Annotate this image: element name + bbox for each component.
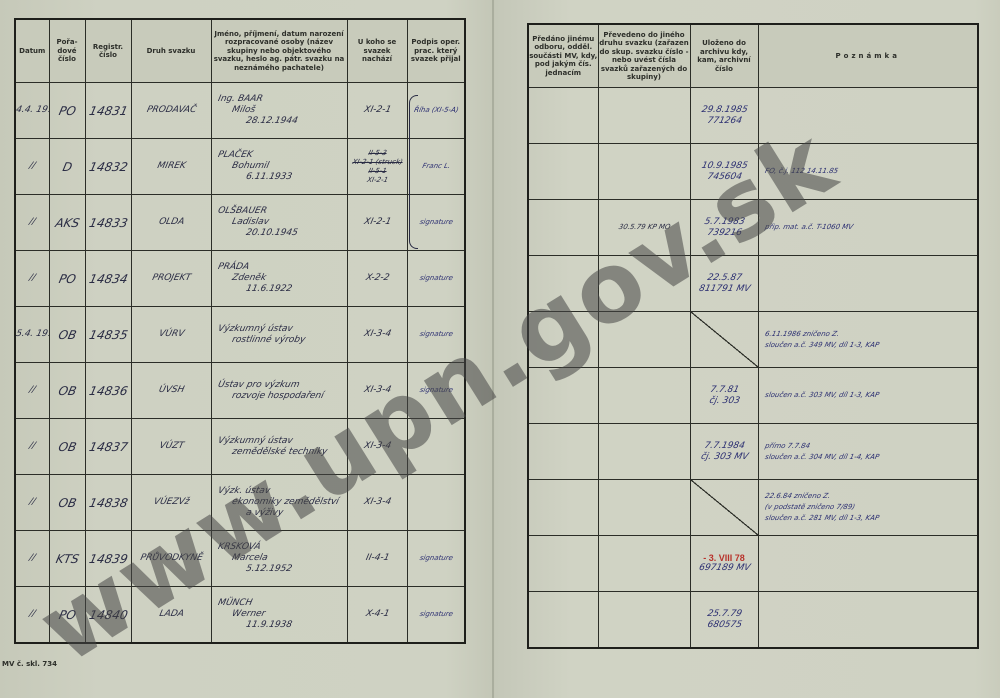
cell-datum-text: //: [15, 609, 49, 620]
cell-u-koho: XI-2-1: [347, 195, 407, 251]
cell-podpis-text: signature: [407, 554, 465, 563]
cell-druh-text: LADA: [131, 609, 211, 620]
cell-registr: 14834: [85, 251, 131, 307]
ulozeno-line: 5.7.1983: [690, 217, 758, 228]
cell-prevedeno: [598, 144, 690, 200]
jmeno-line: Ladislav: [216, 217, 347, 228]
register-row: 5.4. 1978OB14835VÚRVVýzkumný ústavrostli…: [15, 307, 465, 363]
jmeno-line: Bohumil: [216, 161, 347, 172]
cell-prevedeno: 30.5.79 KP MO: [598, 200, 690, 256]
cell-poradove-text: AKS: [49, 216, 85, 230]
jmeno-line: Výzkumný ústav: [216, 436, 347, 447]
cell-podpis-text: signature: [407, 274, 465, 283]
cell-druh: PROJEKT: [131, 251, 211, 307]
cell-predano: [528, 88, 598, 144]
cell-jmeno: Výzkumný ústavzemědělské techniky: [211, 419, 347, 475]
cell-poznamka: [758, 536, 978, 592]
register-row: //OB14838VÚEZVžVýzk. ústavekonomiky země…: [15, 475, 465, 531]
jmeno-line: Ústav pro výzkum: [216, 380, 347, 391]
u-koho-line: II-4-1: [347, 553, 407, 564]
jmeno-line: Výzkumný ústav: [216, 324, 347, 335]
cell-poradove: AKS: [49, 195, 85, 251]
header-u-koho: U koho se svazek nachází: [347, 19, 407, 83]
ulozeno-line: 7.7.1984: [690, 441, 758, 452]
ulozeno-line: 745604: [690, 172, 758, 183]
ulozeno-line: 10.9.1985: [690, 161, 758, 172]
cell-podpis: signature: [407, 531, 465, 587]
archive-date-stamp: - 3. VIII 78: [691, 553, 758, 563]
cell-datum: //: [15, 195, 49, 251]
jmeno-line: 6.11.1933: [216, 172, 347, 183]
cell-registr-text: 14832: [85, 160, 131, 174]
cell-registr: 14831: [85, 83, 131, 139]
cell-datum-text: //: [15, 273, 49, 284]
register-row: //PO14840LADAMÜNCHWerner11.9.1938X-4-1si…: [15, 587, 465, 644]
cell-datum: //: [15, 419, 49, 475]
cell-registr-text: 14831: [85, 104, 131, 118]
cell-poznamka: 22.6.84 zničeno Z.(v podstatě zničeno 7/…: [758, 480, 978, 536]
u-koho-line: II-5-3: [347, 149, 407, 158]
cell-predano: [528, 256, 598, 312]
ulozeno-line: 25.7.79: [690, 609, 758, 620]
cell-druh-text: MIREK: [131, 161, 211, 172]
u-koho-line: XI-2-1: [347, 176, 407, 185]
cell-ulozeno: - 3. VIII 78697189 MV: [690, 536, 758, 592]
register-row: 7.7.1984čj. 303 MVpřímo 7.7.84sloučen a.…: [528, 424, 978, 480]
cell-poradove: OB: [49, 363, 85, 419]
ulozeno-line: čj. 303 MV: [690, 452, 758, 463]
u-koho-line: XI-2-1: [347, 217, 407, 228]
cell-datum: 4.4. 1978: [15, 83, 49, 139]
cell-registr: 14838: [85, 475, 131, 531]
poznamka-line: sloučen a.č. 304 MV, díl 1-4, KAP: [764, 453, 978, 462]
cell-jmeno: Výzkumný ústavrostlinné výroby: [211, 307, 347, 363]
cell-poradove-text: OB: [49, 496, 85, 510]
header-druh-svazku: Druh svazku: [131, 19, 211, 83]
poznamka-line: (v podstatě zničeno 7/89): [764, 503, 978, 512]
cell-druh: PRŮVODKYNĚ: [131, 531, 211, 587]
cell-poradove-text: D: [49, 160, 85, 174]
cell-druh-text: PROJEKT: [131, 273, 211, 284]
cell-u-koho: XI-2-1: [347, 83, 407, 139]
jmeno-line: 11.6.1922: [216, 284, 347, 295]
cell-podpis-text: signature: [407, 610, 465, 619]
form-number: MV č. skl. 734: [2, 660, 57, 668]
jmeno-line: OLŠBAUER: [216, 206, 347, 217]
cell-registr-text: 14833: [85, 216, 131, 230]
register-row: 30.5.79 KP MO5.7.1983739216přip. mat. a.…: [528, 200, 978, 256]
cell-druh: PRODAVAČ: [131, 83, 211, 139]
poznamka-line: sloučen a.č. 281 MV, díl 1-3, KAP: [764, 514, 978, 523]
cell-poradove: PO: [49, 587, 85, 644]
register-row: - 3. VIII 78697189 MV: [528, 536, 978, 592]
cell-ulozeno: 5.7.1983739216: [690, 200, 758, 256]
header-poradove-cislo: Pořa-dové číslo: [49, 19, 85, 83]
register-row: 10.9.1985745604FO, č.j. 112 14.11.85: [528, 144, 978, 200]
cell-ulozeno: 10.9.1985745604: [690, 144, 758, 200]
cell-ulozeno: 7.7.1984čj. 303 MV: [690, 424, 758, 480]
cell-poradove-text: PO: [49, 272, 85, 286]
cell-predano: [528, 480, 598, 536]
register-row: //OB14837VÚZTVýzkumný ústavzemědělské te…: [15, 419, 465, 475]
cell-poradove: D: [49, 139, 85, 195]
cell-ulozeno: [690, 480, 758, 536]
cell-poradove: OB: [49, 307, 85, 363]
ulozeno-line: 811791 MV: [690, 284, 758, 295]
cell-podpis-text: signature: [407, 386, 465, 395]
cell-druh-text: VÚRV: [131, 329, 211, 340]
header-poznamka: Poznámka: [758, 24, 978, 88]
cell-poradove: PO: [49, 251, 85, 307]
cell-predano: [528, 144, 598, 200]
register-row: 6.11.1986 zničeno Z.sloučen a.č. 349 MV,…: [528, 312, 978, 368]
u-koho-line: XI-3-4: [347, 441, 407, 452]
jmeno-line: PRÁDA: [216, 262, 347, 273]
cell-poznamka: [758, 592, 978, 649]
cell-predano: [528, 312, 598, 368]
cell-druh-text: OLDA: [131, 217, 211, 228]
cell-druh-text: PRODAVAČ: [131, 105, 211, 116]
poznamka-line: přímo 7.7.84: [764, 442, 978, 451]
cell-u-koho: XI-3-4: [347, 363, 407, 419]
header-jmeno: Jméno, příjmení, datum narození rozpraco…: [211, 19, 347, 83]
cell-registr: 14839: [85, 531, 131, 587]
cell-registr-text: 14838: [85, 496, 131, 510]
cell-druh: MIREK: [131, 139, 211, 195]
cell-ulozeno: 7.7.81čj. 303: [690, 368, 758, 424]
cell-druh: VÚRV: [131, 307, 211, 363]
poznamka-line: 22.6.84 zničeno Z.: [764, 492, 978, 501]
cell-druh-text: ÚVSH: [131, 385, 211, 396]
cell-podpis: signature: [407, 587, 465, 644]
cell-podpis: signature: [407, 251, 465, 307]
cell-u-koho: XI-3-4: [347, 419, 407, 475]
cell-podpis: signature: [407, 307, 465, 363]
cell-u-koho: II-5-3XI-2-1 (struck)II-5-1XI-2-1: [347, 139, 407, 195]
cell-registr: 14837: [85, 419, 131, 475]
cell-prevedeno: [598, 88, 690, 144]
cell-druh: VÚZT: [131, 419, 211, 475]
ulozeno-line: 697189 MV: [690, 563, 758, 574]
jmeno-line: Marcela: [216, 553, 347, 564]
cell-datum-text: //: [15, 441, 49, 452]
cell-datum: //: [15, 363, 49, 419]
cell-datum: //: [15, 251, 49, 307]
register-row: //D14832MIREKPLAČEKBohumil6.11.1933II-5-…: [15, 139, 465, 195]
poznamka-line: přip. mat. a.č. T-1060 MV: [764, 223, 978, 232]
cell-u-koho: X-4-1: [347, 587, 407, 644]
cell-prevedeno: [598, 480, 690, 536]
register-row: //KTS14839PRŮVODKYNĚKRSKOVÁMarcela5.12.1…: [15, 531, 465, 587]
u-koho-line: II-5-1: [347, 167, 407, 176]
ulozeno-line: čj. 303: [690, 396, 758, 407]
cell-ulozeno: 25.7.79680575: [690, 592, 758, 649]
cell-prevedeno: [598, 256, 690, 312]
cell-druh: ÚVSH: [131, 363, 211, 419]
cell-poznamka: 6.11.1986 zničeno Z.sloučen a.č. 349 MV,…: [758, 312, 978, 368]
header-ulozeno: Uloženo do archivu kdy, kam, archivní čí…: [690, 24, 758, 88]
cell-u-koho: II-4-1: [347, 531, 407, 587]
book-gutter: [492, 0, 494, 698]
cell-prevedeno: [598, 424, 690, 480]
cell-jmeno: OLŠBAUERLadislav20.10.1945: [211, 195, 347, 251]
jmeno-line: rozvoje hospodaření: [216, 391, 347, 402]
cell-datum-text: //: [15, 385, 49, 396]
cell-ulozeno: 29.8.1985771264: [690, 88, 758, 144]
cell-podpis: signature: [407, 363, 465, 419]
jmeno-line: zemědělské techniky: [216, 447, 347, 458]
cell-poradove-text: OB: [49, 440, 85, 454]
prevedeno-text: 30.5.79 KP MO: [598, 223, 690, 232]
jmeno-line: Zdeněk: [216, 273, 347, 284]
cell-jmeno: KRSKOVÁMarcela5.12.1952: [211, 531, 347, 587]
cell-registr-text: 14836: [85, 384, 131, 398]
register-row: 22.5.87811791 MV: [528, 256, 978, 312]
cell-predano: [528, 592, 598, 649]
cell-poznamka: přip. mat. a.č. T-1060 MV: [758, 200, 978, 256]
poznamka-line: sloučen a.č. 303 MV, díl 1-3, KAP: [764, 391, 978, 400]
cell-prevedeno: [598, 312, 690, 368]
cell-registr-text: 14837: [85, 440, 131, 454]
cell-predano: [528, 368, 598, 424]
register-row: //PO14834PROJEKTPRÁDAZdeněk11.6.1922X-2-…: [15, 251, 465, 307]
header-datum: Datum: [15, 19, 49, 83]
header-podpis: Podpis oper. prac. který svazek přijal: [407, 19, 465, 83]
cell-poznamka: sloučen a.č. 303 MV, díl 1-3, KAP: [758, 368, 978, 424]
ulozeno-line: 771264: [690, 116, 758, 127]
jmeno-line: 11.9.1938: [216, 620, 347, 631]
cell-registr: 14832: [85, 139, 131, 195]
cell-registr-text: 14839: [85, 552, 131, 566]
cell-jmeno: Ing. BAARMiloš28.12.1944: [211, 83, 347, 139]
jmeno-line: MÜNCH: [216, 598, 347, 609]
jmeno-line: 20.10.1945: [216, 228, 347, 239]
cell-podpis: [407, 419, 465, 475]
cell-podpis-text: signature: [407, 330, 465, 339]
cell-predano: [528, 424, 598, 480]
header-predano: Předáno jinému odboru, odděl. součásti M…: [528, 24, 598, 88]
cell-datum: //: [15, 475, 49, 531]
cell-predano: [528, 536, 598, 592]
cell-u-koho: X-2-2: [347, 251, 407, 307]
register-row: //AKS14833OLDAOLŠBAUERLadislav20.10.1945…: [15, 195, 465, 251]
jmeno-line: KRSKOVÁ: [216, 542, 347, 553]
cell-poradove-text: OB: [49, 384, 85, 398]
u-koho-line: XI-3-4: [347, 385, 407, 396]
cell-jmeno: Ústav pro výzkumrozvoje hospodaření: [211, 363, 347, 419]
jmeno-line: a výživy: [216, 508, 347, 519]
register-row: 29.8.1985771264: [528, 88, 978, 144]
jmeno-line: 5.12.1952: [216, 564, 347, 575]
cell-registr-text: 14835: [85, 328, 131, 342]
ulozeno-line: 7.7.81: [690, 385, 758, 396]
u-koho-line: XI-2-1: [347, 105, 407, 116]
ulozeno-line: 22.5.87: [690, 273, 758, 284]
cell-poznamka: přímo 7.7.84sloučen a.č. 304 MV, díl 1-4…: [758, 424, 978, 480]
cell-datum-text: //: [15, 217, 49, 228]
register-row: 7.7.81čj. 303sloučen a.č. 303 MV, díl 1-…: [528, 368, 978, 424]
u-koho-line: XI-3-4: [347, 497, 407, 508]
cell-poradove-text: PO: [49, 104, 85, 118]
u-koho-line: XI-3-4: [347, 329, 407, 340]
cell-poradove-text: PO: [49, 608, 85, 622]
jmeno-line: Miloš: [216, 105, 347, 116]
cell-druh-text: PRŮVODKYNĚ: [131, 553, 211, 564]
cell-druh: OLDA: [131, 195, 211, 251]
signature-brace: [409, 95, 418, 249]
cell-ulozeno: [690, 312, 758, 368]
cell-datum-text: 5.4. 1978: [15, 329, 49, 340]
jmeno-line: Výzk. ústav: [216, 486, 347, 497]
cell-jmeno: Výzk. ústavekonomiky zemědělstvía výživy: [211, 475, 347, 531]
cell-ulozeno: 22.5.87811791 MV: [690, 256, 758, 312]
cell-registr: 14835: [85, 307, 131, 363]
ulozeno-line: 680575: [690, 620, 758, 631]
cell-jmeno: MÜNCHWerner11.9.1938: [211, 587, 347, 644]
cell-datum-text: //: [15, 161, 49, 172]
register-row: 22.6.84 zničeno Z.(v podstatě zničeno 7/…: [528, 480, 978, 536]
register-row: //OB14836ÚVSHÚstav pro výzkumrozvoje hos…: [15, 363, 465, 419]
ulozeno-line: 739216: [690, 228, 758, 239]
register-row: 25.7.79680575: [528, 592, 978, 649]
poznamka-line: FO, č.j. 112 14.11.85: [764, 167, 978, 176]
cell-predano: [528, 200, 598, 256]
jmeno-line: PLAČEK: [216, 150, 347, 161]
u-koho-line: XI-2-1 (struck): [347, 158, 407, 167]
cell-poradove: PO: [49, 83, 85, 139]
header-prevedeno: Převedeno do jiného druhu svazku (zařaze…: [598, 24, 690, 88]
cell-poznamka: [758, 88, 978, 144]
cell-registr: 14840: [85, 587, 131, 644]
ulozeno-line: 29.8.1985: [690, 105, 758, 116]
cell-jmeno: PRÁDAZdeněk11.6.1922: [211, 251, 347, 307]
right-register-table: Předáno jinému odboru, odděl. součásti M…: [527, 23, 979, 649]
cell-datum-text: //: [15, 497, 49, 508]
cell-datum: //: [15, 531, 49, 587]
cell-druh-text: VÚEZVž: [131, 497, 211, 508]
cell-u-koho: XI-3-4: [347, 475, 407, 531]
cell-poznamka: [758, 256, 978, 312]
cell-registr: 14836: [85, 363, 131, 419]
cell-poradove: OB: [49, 419, 85, 475]
cell-u-koho: XI-3-4: [347, 307, 407, 363]
cell-datum-text: 4.4. 1978: [15, 105, 49, 116]
cell-poznamka: FO, č.j. 112 14.11.85: [758, 144, 978, 200]
cell-datum: //: [15, 587, 49, 644]
cell-druh: LADA: [131, 587, 211, 644]
register-row: 4.4. 1978PO14831PRODAVAČIng. BAARMiloš28…: [15, 83, 465, 139]
u-koho-line: X-4-1: [347, 609, 407, 620]
cell-jmeno: PLAČEKBohumil6.11.1933: [211, 139, 347, 195]
cell-registr: 14833: [85, 195, 131, 251]
cell-druh: VÚEZVž: [131, 475, 211, 531]
cell-datum: //: [15, 139, 49, 195]
cell-druh-text: VÚZT: [131, 441, 211, 452]
cell-poradove-text: KTS: [49, 552, 85, 566]
cell-prevedeno: [598, 536, 690, 592]
cell-poradove-text: OB: [49, 328, 85, 342]
cell-registr-text: 14834: [85, 272, 131, 286]
jmeno-line: Ing. BAAR: [216, 94, 347, 105]
cell-prevedeno: [598, 368, 690, 424]
poznamka-line: 6.11.1986 zničeno Z.: [764, 330, 978, 339]
jmeno-line: rostlinné výroby: [216, 335, 347, 346]
cell-registr-text: 14840: [85, 608, 131, 622]
cell-poradove: KTS: [49, 531, 85, 587]
poznamka-line: sloučen a.č. 349 MV, díl 1-3, KAP: [764, 341, 978, 350]
header-registr-cislo: Registr. číslo: [85, 19, 131, 83]
cell-prevedeno: [598, 592, 690, 649]
jmeno-line: 28.12.1944: [216, 116, 347, 127]
cell-poradove: OB: [49, 475, 85, 531]
cell-podpis: [407, 475, 465, 531]
left-register-table: Datum Pořa-dové číslo Registr. číslo Dru…: [14, 18, 466, 644]
cell-datum: 5.4. 1978: [15, 307, 49, 363]
u-koho-line: X-2-2: [347, 273, 407, 284]
jmeno-line: ekonomiky zemědělství: [216, 497, 347, 508]
cell-datum-text: //: [15, 553, 49, 564]
jmeno-line: Werner: [216, 609, 347, 620]
